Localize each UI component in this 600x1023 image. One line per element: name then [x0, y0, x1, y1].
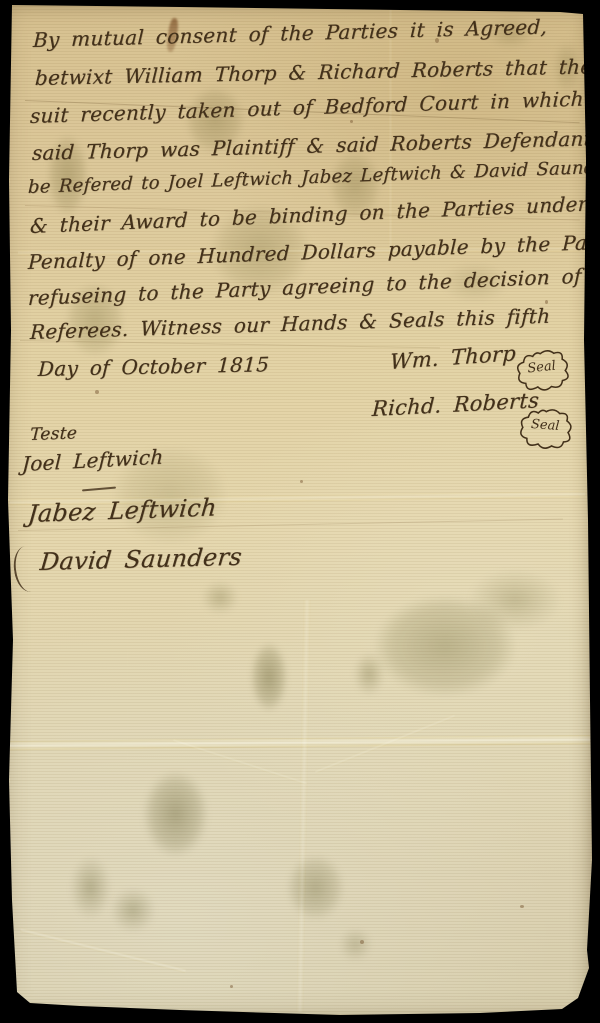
body-line: By mutual consent of the Parties it is A… — [32, 15, 547, 53]
speck — [360, 940, 364, 944]
speck — [520, 905, 524, 908]
seal-roberts: Seal — [515, 406, 576, 452]
body-line: Day of October 1815 — [37, 352, 269, 381]
stain — [455, 560, 575, 640]
scan-background: By mutual consent of the Parties it is A… — [0, 0, 600, 1023]
stain — [133, 758, 218, 870]
body-line: suit recently taken out of Bedford Court… — [30, 87, 585, 128]
speck — [350, 120, 353, 123]
speck — [300, 480, 303, 483]
teste-label: Teste — [29, 423, 77, 445]
witness-signature: David Saunders — [39, 543, 244, 576]
stain — [103, 880, 163, 940]
fold-crease — [296, 600, 310, 1012]
wrinkle — [315, 714, 456, 774]
speck — [95, 390, 99, 394]
wrinkle — [20, 928, 186, 974]
fold-crease — [8, 735, 590, 751]
stain — [245, 632, 293, 722]
speck — [230, 985, 233, 988]
document-page: By mutual consent of the Parties it is A… — [0, 0, 600, 1023]
body-line: betwixt William Thorp & Richard Roberts … — [34, 54, 593, 90]
stain — [333, 922, 378, 967]
seal-thorp: Seal — [511, 347, 573, 395]
signature-roberts: Richd. Roberts — [371, 388, 539, 421]
stain — [195, 575, 245, 620]
stain — [278, 845, 353, 930]
